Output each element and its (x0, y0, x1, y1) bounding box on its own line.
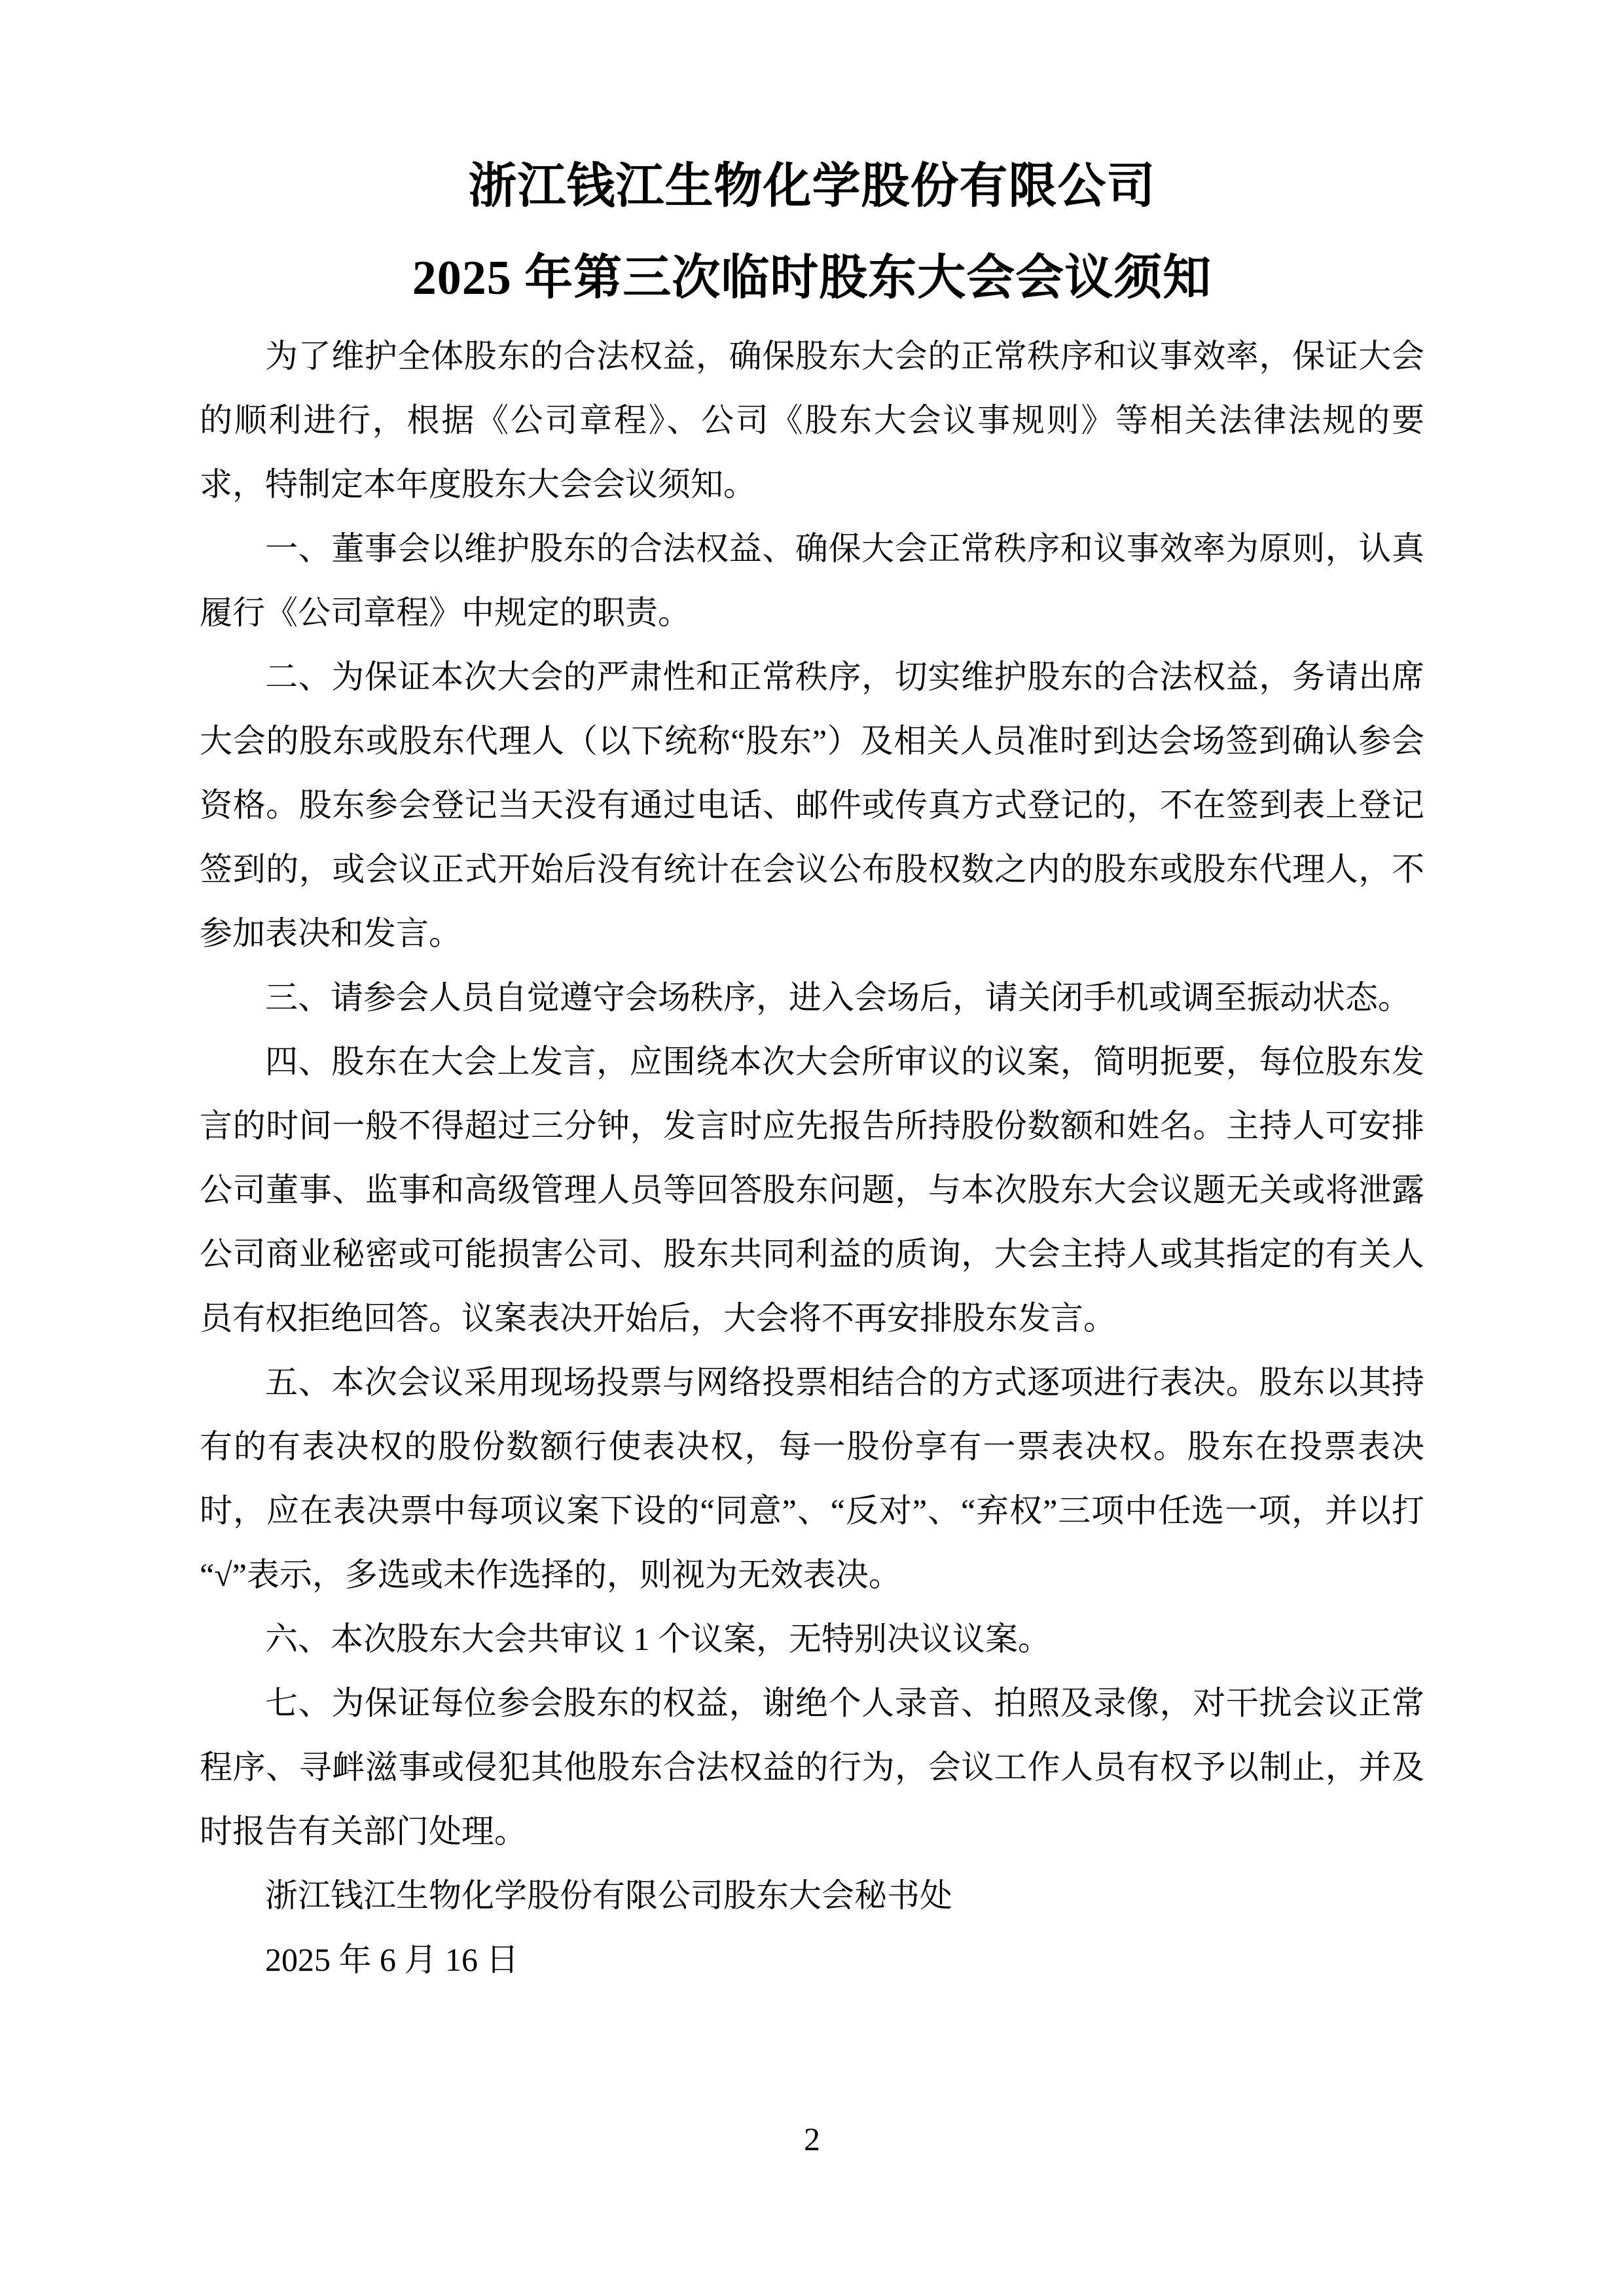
paragraph-item-1: 一、董事会以维护股东的合法权益、确保大会正常秩序和议事效率为原则，认真履行《公司… (200, 516, 1424, 645)
paragraph-item-5: 五、本次会议采用现场投票与网络投票相结合的方式逐项进行表决。股东以其持有的有表决… (200, 1350, 1424, 1607)
paragraph-item-3: 三、请参会人员自觉遵守会场秩序，进入会场后，请关闭手机或调至振动状态。 (200, 965, 1424, 1030)
paragraph-item-6: 六、本次股东大会共审议 1 个议案，无特别决议议案。 (200, 1607, 1424, 1671)
document-content: 浙江钱江生物化学股份有限公司 2025 年第三次临时股东大会会议须知 为了维护全… (200, 141, 1424, 1992)
paragraph-item-2: 二、为保证本次大会的严肃性和正常秩序，切实维护股东的合法权益，务请出席大会的股东… (200, 645, 1424, 965)
signature-line: 浙江钱江生物化学股份有限公司股东大会秘书处 (200, 1863, 1424, 1928)
document-page: 浙江钱江生物化学股份有限公司 2025 年第三次临时股东大会会议须知 为了维护全… (0, 0, 1624, 2296)
meeting-notice-title: 2025 年第三次临时股东大会会议须知 (200, 232, 1424, 324)
date-line: 2025 年 6 月 16 日 (200, 1928, 1424, 1992)
paragraph-item-7: 七、为保证每位参会股东的权益，谢绝个人录音、拍照及录像，对干扰会议正常程序、寻衅… (200, 1671, 1424, 1863)
page-number: 2 (0, 2123, 1624, 2155)
paragraph-intro: 为了维护全体股东的合法权益，确保股东大会的正常秩序和议事效率，保证大会的顺利进行… (200, 324, 1424, 516)
notice-body: 为了维护全体股东的合法权益，确保股东大会的正常秩序和议事效率，保证大会的顺利进行… (200, 324, 1424, 1992)
paragraph-item-4: 四、股东在大会上发言，应围绕本次大会所审议的议案，简明扼要，每位股东发言的时间一… (200, 1030, 1424, 1350)
company-name-title: 浙江钱江生物化学股份有限公司 (200, 141, 1424, 232)
